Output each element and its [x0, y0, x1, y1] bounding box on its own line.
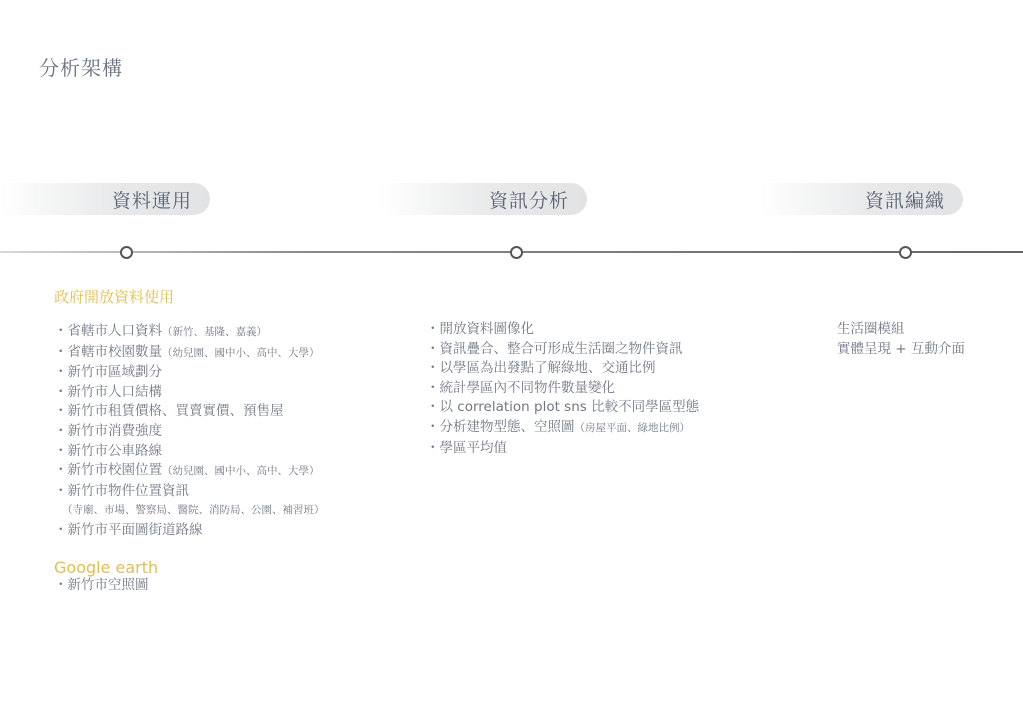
list-item: ・省轄市校園數量（幼兒園、國中小、高中、大學） — [54, 343, 325, 364]
stage-label: 資料運用 — [112, 186, 192, 213]
timeline-node-icon — [120, 246, 133, 259]
analysis-list: ・開放資料圖像化 ・資訊疊合、整合可形成生活圈之物件資訊 ・以學區為出發點了解綠… — [426, 320, 699, 458]
list-item: ・新竹市公車路線 — [54, 442, 325, 462]
list-item: ・統計學區內不同物件數量變化 — [426, 379, 699, 399]
list-item: ・以學區為出發點了解綠地、交通比例 — [426, 359, 699, 379]
section-heading-open-data: 政府開放資料使用 — [54, 286, 174, 307]
page-title: 分析架構 — [39, 52, 123, 81]
list-item-subnote: （寺廟、市場、警察局、醫院、消防局、公園、補習班） — [54, 501, 325, 521]
list-item: ・以 correlation plot sns 比較不同學區型態 — [426, 398, 699, 418]
timeline-node-icon — [899, 246, 912, 259]
stage-label: 資訊編織 — [865, 186, 945, 213]
list-item: ・新竹市消費強度 — [54, 422, 325, 442]
list-item: ・新竹市人口結構 — [54, 383, 325, 403]
list-item: ・省轄市人口資料（新竹、基隆、嘉義） — [54, 322, 325, 343]
list-item: ・開放資料圖像化 — [426, 320, 699, 340]
stage-pill-info-analysis: 資訊分析 — [380, 183, 587, 215]
list-item: 實體呈現 + 互動介面 — [837, 340, 965, 360]
list-item: ・新竹市空照圖 — [54, 576, 149, 596]
list-item: ・分析建物型態、空照圖（房屋平面、綠地比例） — [426, 418, 699, 439]
list-item: ・新竹市租賃價格、買賣實價、預售屋 — [54, 402, 325, 422]
analysis-framework-page: 分析架構 資料運用 資訊分析 資訊編織 政府開放資料使用 ・省轄市人口資料（新竹… — [0, 0, 1023, 723]
list-item: ・新竹市區域劃分 — [54, 363, 325, 383]
stage-pill-info-weaving: 資訊編織 — [760, 183, 963, 215]
data-usage-list: ・省轄市人口資料（新竹、基隆、嘉義） ・省轄市校園數量（幼兒園、國中小、高中、大… — [54, 322, 325, 541]
weaving-list: 生活圈模組 實體呈現 + 互動介面 — [837, 320, 965, 359]
list-item: ・新竹市平面圖街道路線 — [54, 521, 325, 541]
timeline-node-icon — [510, 246, 523, 259]
section-heading-google-earth: Google earth — [54, 558, 158, 577]
list-item: ・資訊疊合、整合可形成生活圈之物件資訊 — [426, 340, 699, 360]
list-item: ・學區平均值 — [426, 439, 699, 459]
stage-label: 資訊分析 — [489, 186, 569, 213]
stage-pill-data-usage: 資料運用 — [0, 183, 210, 215]
list-item: ・新竹市校園位置（幼兒園、國中小、高中、大學） — [54, 461, 325, 482]
google-earth-list: ・新竹市空照圖 — [54, 576, 149, 596]
list-item: 生活圈模組 — [837, 320, 965, 340]
list-item: ・新竹市物件位置資訊 — [54, 482, 325, 502]
